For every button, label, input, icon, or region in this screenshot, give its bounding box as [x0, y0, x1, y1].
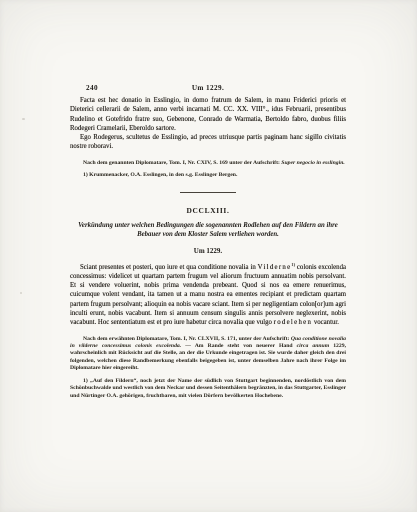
doc2-body-mid: colonis excolenda concessimus: videlicet…	[70, 264, 346, 327]
doc2-source-note-text1: Nach dem erwähnten Diplomatare, Tom. I, …	[83, 336, 291, 342]
doc2-source-note: Nach dem erwähnten Diplomatare, Tom. I, …	[70, 336, 346, 373]
paper-speck	[22, 118, 25, 120]
doc2-date-heading: Um 1229.	[70, 247, 346, 255]
doc2-body-pre: Sciant presentes et posteri, quo iure et…	[80, 264, 258, 271]
doc2-source-note-italic2: circa annum	[297, 343, 330, 349]
doc2-body: Sciant presentes et posteri, quo iure et…	[70, 263, 346, 328]
doc1-source-note-text: Nach dem genannten Diplomatare, Tom. I, …	[83, 160, 281, 166]
section-divider	[180, 192, 236, 193]
page-number: 240	[86, 84, 98, 92]
doc1-paragraph-facta: Facta est hec donatio in Esslingio, in d…	[70, 96, 346, 133]
text-block: 240 Um 1229. Facta est hec donatio in Es…	[70, 84, 346, 400]
scanned-book-page: 240 Um 1229. Facta est hec donatio in Es…	[0, 0, 417, 512]
doc1-paragraph-ego: Ego Rodegerus, scultetus de Esslingio, a…	[70, 133, 346, 152]
doc2-title: Verkündung unter welchen Bedingungen die…	[76, 221, 341, 239]
doc2-body-post: vocantur.	[312, 319, 339, 326]
running-title: Um 1229.	[192, 84, 224, 92]
doc1-source-note-italic: Super negocio in esslingin.	[281, 160, 345, 166]
doc1-footnote-1: 1) Krummenacker, O.A. Esslingen, in den …	[70, 172, 346, 179]
doc2-source-note-text2: — Am Rande steht von neuerer Hand	[181, 343, 296, 349]
doc2-body-spaced-rodelehen: rodelehen	[274, 319, 313, 326]
doc2-footnote-1: 1) „Auf den Fildern“, noch jetzt der Nam…	[70, 378, 346, 400]
doc2-number-heading: DCCLXIII.	[70, 206, 346, 215]
paper-speck	[20, 292, 22, 294]
doc2-body-spaced-vilderne: Vilderne	[258, 264, 292, 271]
page-header: 240 Um 1229.	[70, 84, 346, 94]
doc1-source-note: Nach dem genannten Diplomatare, Tom. I, …	[70, 160, 346, 167]
